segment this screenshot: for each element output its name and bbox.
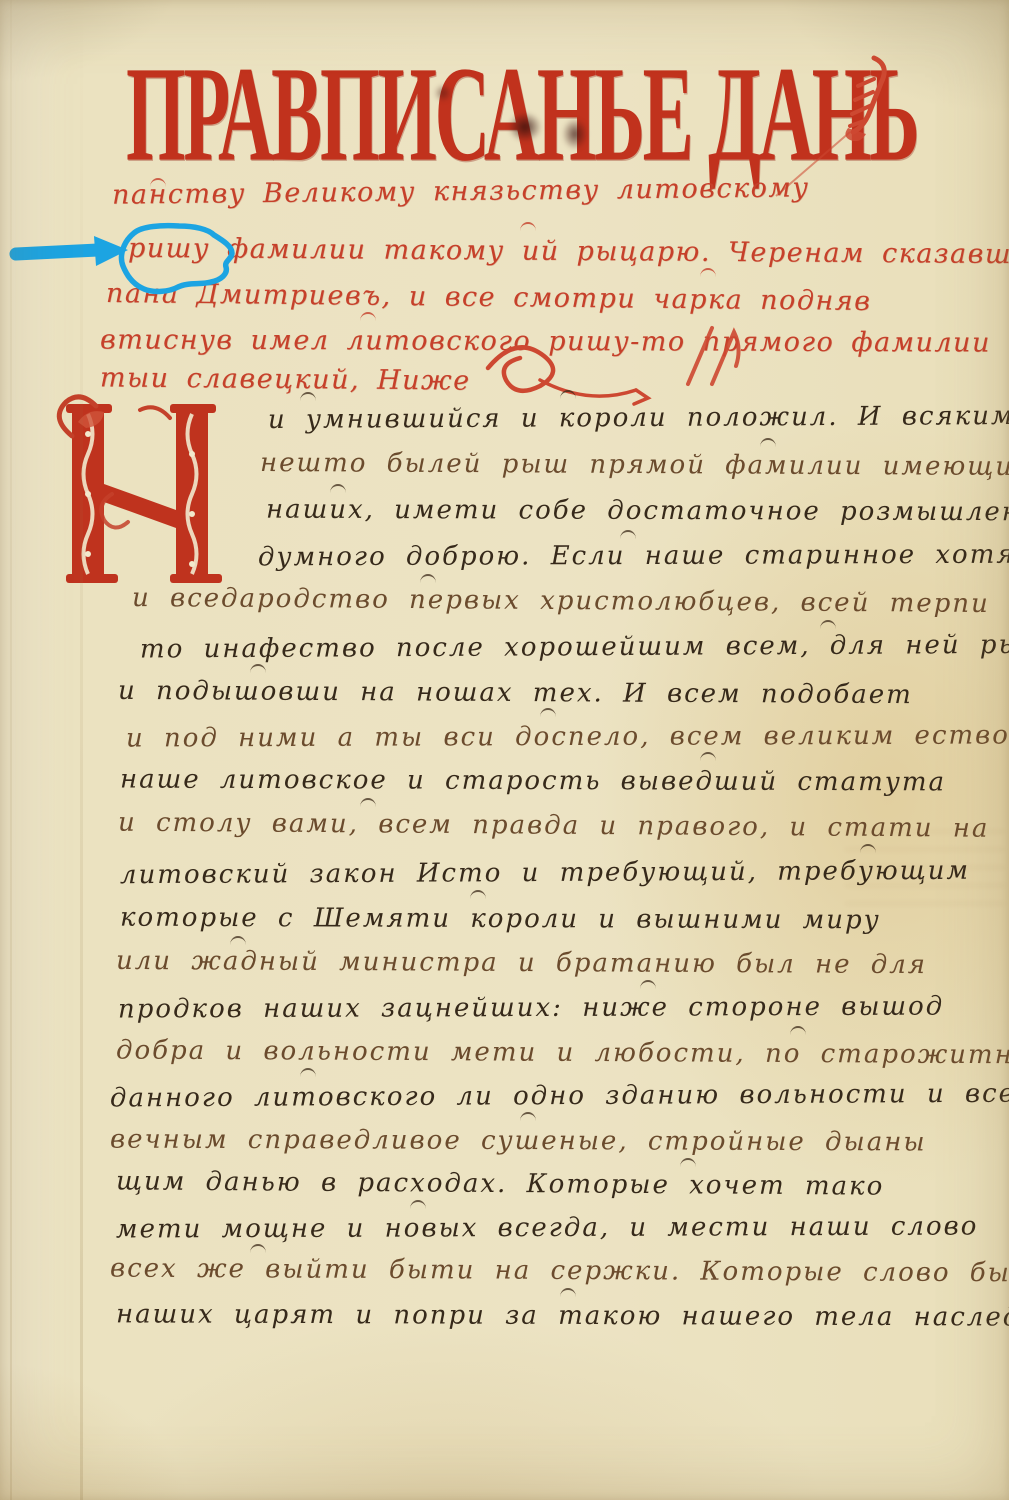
titlo-mark (640, 980, 656, 989)
titlo-mark (330, 484, 346, 493)
titlo-mark (680, 1158, 696, 1167)
manuscript-line: наших, имети собе достаточное розмышлени… (266, 495, 1009, 528)
titlo-mark (360, 798, 376, 807)
manuscript-line: и столу вами, всем правда и правого, и с… (118, 808, 1009, 845)
titlo-mark (520, 222, 536, 231)
titlo-mark (700, 752, 716, 761)
titlo-mark (470, 890, 486, 899)
titlo-mark (250, 1244, 266, 1253)
manuscript-line: и умнившийся и короли положил. И всяким (268, 401, 1009, 435)
page-crease (80, 0, 83, 1500)
ornate-initial (58, 398, 263, 593)
manuscript-line: думного доброю. Если наше старинное хотя (258, 540, 1009, 573)
rubric-line: ришу фамилии такому ий рыцарю. Черенам с… (128, 233, 1009, 270)
titlo-mark (700, 268, 716, 277)
manuscript-line: всех же выйти быти на сержки. Которые сл… (110, 1254, 1009, 1289)
manuscript-page: ПРАВПИСАНЬЕ ДАНЬ панству Великому князьс… (0, 0, 1009, 1500)
manuscript-line: и вседародство первых христолюбцев, всей… (132, 583, 990, 619)
rubric-line: тыи славецкий, Ниже (100, 362, 471, 396)
blue-arrow-head (94, 236, 128, 266)
manuscript-line: и под ними а ты вси доспело, всем велики… (126, 720, 1009, 753)
titlo-mark (820, 620, 836, 629)
manuscript-line: щим данью в расходах. Которые хочет тако (116, 1166, 884, 1201)
titlo-mark (760, 438, 776, 447)
titlo-mark (520, 1112, 536, 1121)
manuscript-line: добра и вольности мети и любости, по ста… (116, 1035, 1009, 1070)
manuscript-line: или жадный министра и братанию был не дл… (116, 946, 927, 980)
manuscript-line: продков наших зацнейших: ниже стороне вы… (118, 992, 944, 1025)
manuscript-line: которые с Шемяти короли и вышними миру (120, 903, 881, 936)
rubric-line: панству Великому князьству литовскому (112, 172, 810, 210)
titlo-mark (540, 708, 556, 717)
manuscript-line: наших царят и попри за такою нашего тела… (116, 1299, 1009, 1332)
titlo-mark (250, 664, 266, 673)
titlo-mark (420, 574, 436, 583)
titlo-mark (560, 1288, 576, 1297)
manuscript-line: данного литовского ли одно зданию вольно… (110, 1079, 1009, 1114)
titlo-mark (620, 530, 636, 539)
rubric-line: пана Дмитриевъ, и все смотри чарка подня… (106, 278, 872, 317)
manuscript-line: мети мощне и новых всегда, и мести наши … (116, 1211, 978, 1244)
page-edge (10, 0, 12, 1500)
manuscript-line: и подышовши на ношах тех. И всем подобае… (118, 676, 913, 710)
titlo-mark (410, 1200, 426, 1209)
manuscript-line: нешто былей рыш прямой фамилии имеющий (260, 448, 1009, 482)
manuscript-line: литовский закон Исто и требующий, требую… (120, 856, 970, 890)
titlo-mark (790, 1026, 806, 1035)
blue-arrow-icon (16, 250, 98, 254)
titlo-mark (860, 844, 876, 853)
titlo-mark (230, 936, 246, 945)
titlo-mark (360, 312, 376, 321)
titlo-mark (300, 1068, 316, 1077)
manuscript-line: то инафество после хорошейшим всем, для … (140, 630, 1009, 665)
manuscript-line: вечным справедливое сушеные, стройные ды… (110, 1125, 927, 1158)
manuscript-line: наше литовское и старость выведший стату… (120, 765, 946, 798)
